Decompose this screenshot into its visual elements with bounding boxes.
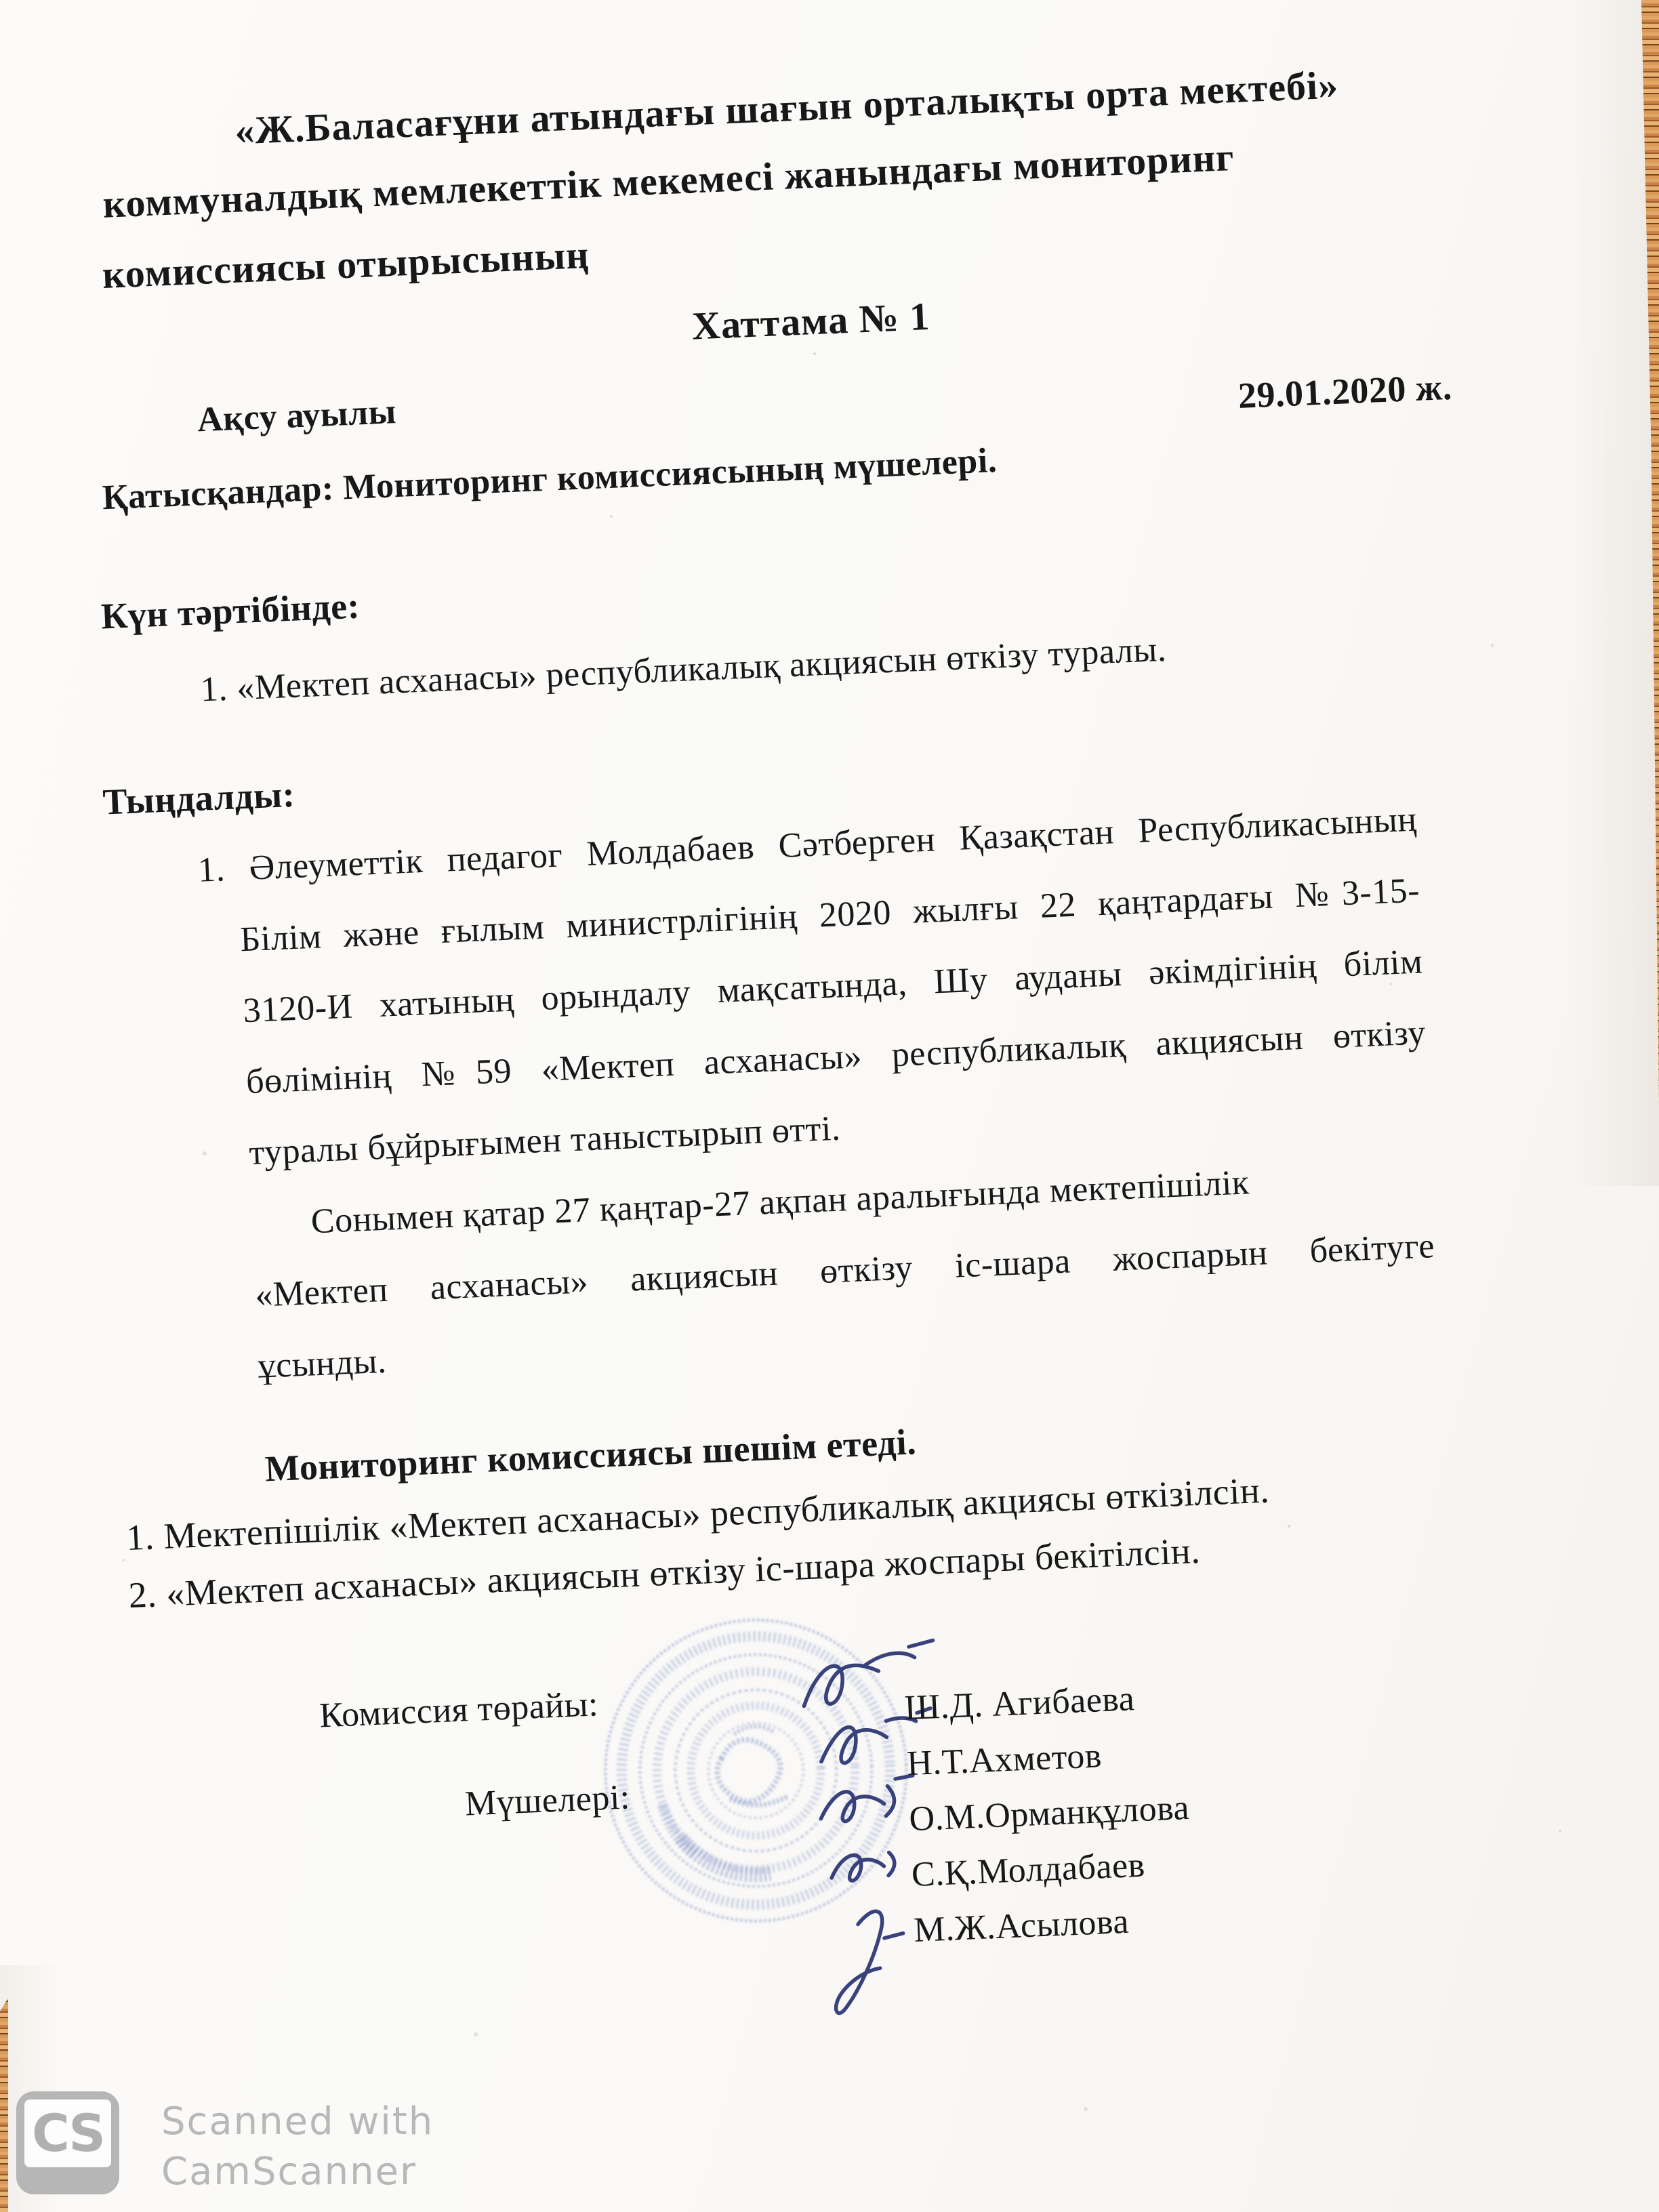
participants-line: Қатысқандар: Мониторинг комиссиясының мү… bbox=[102, 441, 998, 518]
camscanner-logo-inner: CS bbox=[24, 2100, 111, 2167]
table-surface-left-edge bbox=[0, 1989, 8, 2212]
agenda-heading: Күн тәртібінде: bbox=[100, 585, 361, 638]
camscanner-logo: CS bbox=[16, 2091, 119, 2194]
heard-paragraph: 1. Әлеуметтік педагог Молдабаев Сәтберге… bbox=[197, 784, 1439, 1404]
camscanner-logo-text: CS bbox=[32, 2108, 104, 2159]
watermark-text: Scanned with CamScanner bbox=[161, 2097, 434, 2197]
member-name: О.М.Орманқұлова bbox=[908, 1780, 1191, 1847]
decision-heading: Мониторинг комиссиясы шешім етеді. bbox=[264, 1420, 918, 1490]
scan-noise-speckles bbox=[380, 691, 382, 694]
document-content: «Ж.Баласағұни атындағы шағын орталықты о… bbox=[0, 0, 1659, 2210]
members-label: Мүшелері: bbox=[464, 1777, 631, 1824]
commission-chair-label: Комиссия төрайы: bbox=[319, 1684, 599, 1736]
document-date: 29.01.2020 ж. bbox=[1237, 366, 1453, 417]
watermark-line2: CamScanner bbox=[161, 2147, 434, 2197]
watermark-line1: Scanned with bbox=[161, 2097, 434, 2147]
camscanner-watermark: CS Scanned with CamScanner bbox=[16, 2091, 434, 2197]
signatory-names: Ш.Д. Агибаева Н.Т.Ахметов О.М.Орманқұлов… bbox=[903, 1669, 1195, 1959]
member-name: М.Ж.Асылова bbox=[913, 1891, 1195, 1959]
document-title-line3: комиссиясы отырысының bbox=[102, 232, 590, 298]
scanned-document-page: «Ж.Баласағұни атындағы шағын орталықты о… bbox=[0, 0, 1659, 2212]
document-place: Ақсу ауылы bbox=[197, 392, 397, 440]
heard-heading: Тыңдалды: bbox=[102, 773, 295, 823]
agenda-item-1: 1. «Мектеп асханасы» республикалық акция… bbox=[200, 630, 1168, 710]
protocol-number-title: Хаттама № 1 bbox=[691, 293, 931, 349]
